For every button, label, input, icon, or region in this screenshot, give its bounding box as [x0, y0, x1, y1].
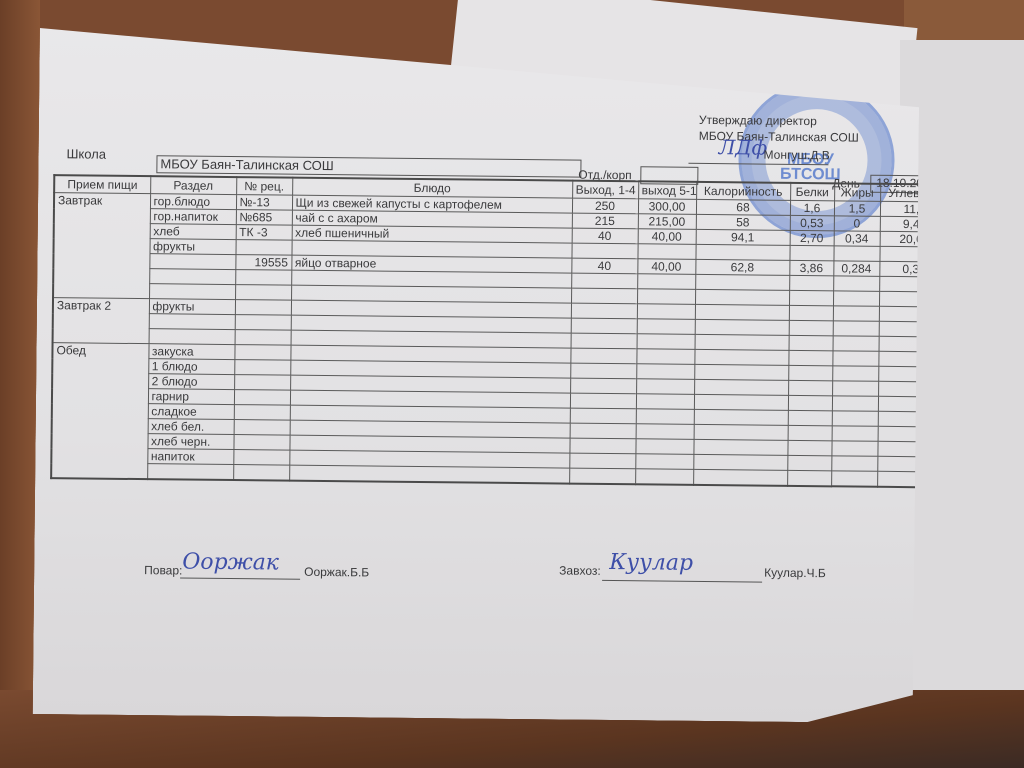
cell-protein[interactable]: [788, 380, 832, 395]
school-field[interactable]: МБОУ Баян-Талинская СОШ: [156, 155, 581, 177]
cell-section[interactable]: хлеб бел.: [148, 419, 234, 435]
cell-out511[interactable]: [637, 274, 695, 290]
cell-out511[interactable]: [636, 424, 694, 440]
cell-recipe[interactable]: [234, 375, 290, 391]
cell-section[interactable]: [149, 314, 235, 330]
cell-section[interactable]: фрукты: [149, 239, 235, 255]
col-fat: Жиры: [834, 183, 880, 201]
cell-recipe[interactable]: №-13: [236, 195, 292, 211]
cell-recipe[interactable]: [233, 465, 289, 481]
cell-section[interactable]: [149, 329, 235, 345]
cell-recipe[interactable]: [235, 300, 291, 316]
approval-line-1: Утверждаю директор: [699, 113, 817, 128]
cell-fat[interactable]: [833, 276, 879, 291]
cell-section[interactable]: 2 блюдо: [148, 374, 234, 390]
cell-kcal[interactable]: [694, 424, 788, 440]
cell-out14[interactable]: [570, 378, 636, 394]
cell-section[interactable]: [149, 284, 235, 300]
cell-fat[interactable]: [833, 336, 879, 351]
cell-fat[interactable]: [832, 411, 878, 426]
cell-protein[interactable]: [788, 425, 832, 440]
cell-section[interactable]: [149, 254, 235, 270]
cell-kcal[interactable]: [695, 304, 789, 320]
cell-fat[interactable]: [833, 291, 879, 306]
col-protein: Белки: [790, 183, 834, 201]
cell-section[interactable]: [149, 269, 235, 285]
cell-recipe[interactable]: [234, 345, 290, 361]
cell-out14[interactable]: [570, 408, 636, 424]
col-out-5-11: выход 5-11: [638, 181, 696, 199]
cell-protein[interactable]: [789, 335, 833, 350]
cell-recipe[interactable]: [235, 285, 291, 301]
cell-fat[interactable]: [832, 396, 878, 411]
meal-cell: Завтрак 2: [53, 298, 149, 344]
cell-out14[interactable]: [570, 423, 636, 439]
cell-out511[interactable]: [636, 409, 694, 425]
cell-kcal[interactable]: [694, 409, 788, 425]
cell-protein[interactable]: 0,53: [790, 215, 834, 230]
cell-fat[interactable]: [832, 381, 878, 396]
cell-out511[interactable]: 300,00: [638, 199, 696, 215]
cook-label: Повар:: [144, 563, 182, 577]
cell-out511[interactable]: [637, 319, 695, 335]
cell-recipe[interactable]: [235, 315, 291, 331]
cell-protein[interactable]: 1,6: [790, 200, 834, 215]
cell-recipe[interactable]: №685: [236, 210, 292, 226]
cell-out14[interactable]: [571, 288, 637, 304]
cell-recipe[interactable]: [234, 420, 290, 436]
cell-kcal[interactable]: 58: [696, 214, 790, 230]
cell-out511[interactable]: 40,00: [637, 259, 695, 275]
cell-kcal[interactable]: 94,1: [696, 229, 790, 245]
cell-kcal[interactable]: [695, 334, 789, 350]
cell-fat[interactable]: [833, 306, 879, 321]
cell-section[interactable]: [147, 464, 233, 480]
cell-section[interactable]: хлеб: [150, 224, 236, 240]
cell-recipe[interactable]: [234, 390, 290, 406]
cell-out511[interactable]: [635, 469, 693, 485]
col-recipe: № рец.: [236, 177, 292, 195]
cell-out511[interactable]: [637, 244, 695, 260]
cell-kcal[interactable]: 68: [696, 199, 790, 215]
cell-section[interactable]: фрукты: [149, 299, 235, 315]
cell-protein[interactable]: [789, 275, 833, 290]
cell-protein[interactable]: 3,86: [789, 260, 833, 275]
cell-recipe[interactable]: 19555: [235, 255, 291, 271]
cell-out511[interactable]: [635, 454, 693, 470]
cell-recipe[interactable]: [235, 330, 291, 346]
school-label: Школа: [66, 146, 106, 161]
cell-kcal[interactable]: [694, 364, 788, 380]
cell-fat[interactable]: [833, 246, 879, 261]
cell-protein[interactable]: [789, 245, 833, 260]
cell-protein[interactable]: [789, 290, 833, 305]
cell-kcal[interactable]: [693, 454, 787, 470]
keeper-name: Куулар.Ч.Б: [764, 566, 826, 581]
menu-table: Прием пищи Раздел № рец. Блюдо Выход, 1-…: [50, 174, 951, 488]
cook-signature-line: [180, 577, 300, 579]
keeper-signature: Куулар: [609, 550, 693, 576]
cell-section[interactable]: гарнир: [148, 389, 234, 405]
cell-out511[interactable]: [636, 364, 694, 380]
col-meal: Прием пищи: [54, 175, 150, 194]
cell-section[interactable]: хлеб черн.: [147, 434, 233, 450]
cell-fat[interactable]: 0,284: [833, 261, 879, 276]
cell-out14[interactable]: [571, 303, 637, 319]
cell-recipe[interactable]: [234, 360, 290, 376]
cell-protein[interactable]: [788, 350, 832, 365]
cell-recipe[interactable]: [234, 405, 290, 421]
director-signature: ЛДф: [719, 135, 768, 160]
cell-out14[interactable]: 40: [571, 258, 637, 274]
cook-name: Ооржак.Б.Б: [304, 565, 369, 580]
cell-out14[interactable]: [570, 363, 636, 379]
cell-kcal[interactable]: [693, 469, 787, 485]
cell-out14[interactable]: 40: [572, 228, 638, 244]
menu-document: МБОУ БТСОШ Утверждаю директор МБОУ Баян-…: [33, 14, 920, 723]
cell-fat[interactable]: 0: [834, 216, 880, 231]
cell-fat[interactable]: [831, 456, 877, 471]
cell-fat[interactable]: [832, 426, 878, 441]
cell-out511[interactable]: [636, 394, 694, 410]
cell-fat[interactable]: [831, 471, 877, 487]
cell-out14[interactable]: 250: [572, 198, 638, 214]
cell-recipe[interactable]: [233, 450, 289, 466]
cell-protein[interactable]: [787, 470, 831, 486]
cell-fat[interactable]: [833, 321, 879, 336]
cell-out511[interactable]: [637, 334, 695, 350]
cell-recipe[interactable]: [235, 270, 291, 286]
cell-protein[interactable]: [789, 320, 833, 335]
cell-dish[interactable]: [289, 465, 569, 483]
cell-protein[interactable]: [788, 395, 832, 410]
cell-out14[interactable]: [569, 438, 635, 454]
cell-out511[interactable]: [636, 379, 694, 395]
cell-fat[interactable]: 1,5: [834, 201, 880, 216]
cell-out14[interactable]: [571, 273, 637, 289]
cell-fat[interactable]: 0,34: [834, 231, 880, 246]
cell-kcal[interactable]: 62,8: [695, 259, 789, 275]
cell-section[interactable]: закуска: [148, 344, 234, 360]
cell-kcal[interactable]: [694, 349, 788, 365]
cell-out14[interactable]: [571, 243, 637, 259]
cook-signature: Ооржак: [182, 550, 279, 576]
cell-out14[interactable]: 215: [572, 213, 638, 229]
cell-fat[interactable]: [832, 351, 878, 366]
cell-protein[interactable]: [787, 440, 831, 455]
cell-kcal[interactable]: [695, 274, 789, 290]
cell-recipe[interactable]: ТК -3: [236, 225, 292, 241]
col-out-1-4: Выход, 1-4: [572, 181, 638, 199]
cell-fat[interactable]: [831, 441, 877, 456]
cell-out14[interactable]: [570, 348, 636, 364]
cell-out511[interactable]: 215,00: [638, 214, 696, 230]
cell-section[interactable]: напиток: [147, 449, 233, 465]
keeper-signature-line: [602, 580, 762, 583]
cell-out511[interactable]: [636, 349, 694, 365]
cell-out511[interactable]: 40,00: [638, 229, 696, 245]
cell-kcal[interactable]: [694, 379, 788, 395]
director-name: Монгуш.Д.В: [763, 148, 829, 163]
cell-recipe[interactable]: [233, 435, 289, 451]
cell-kcal[interactable]: [693, 439, 787, 455]
cell-section[interactable]: сладкое: [148, 404, 234, 420]
cell-out511[interactable]: [637, 289, 695, 305]
meal-cell: Завтрак: [53, 193, 150, 299]
cell-protein[interactable]: 2,70: [790, 230, 834, 245]
cell-kcal[interactable]: [695, 289, 789, 305]
cell-protein[interactable]: [787, 455, 831, 470]
keeper-label: Завхоз:: [559, 563, 601, 577]
col-section: Раздел: [150, 176, 236, 194]
cell-section[interactable]: гор.напиток: [150, 209, 236, 225]
cell-protein[interactable]: [788, 410, 832, 425]
cell-out14[interactable]: [569, 453, 635, 469]
cell-section[interactable]: 1 блюдо: [148, 359, 234, 375]
cell-recipe[interactable]: [235, 240, 291, 256]
cell-out14[interactable]: [571, 318, 637, 334]
cell-out511[interactable]: [637, 304, 695, 320]
col-kcal: Калорийность: [696, 182, 790, 200]
cell-kcal[interactable]: [695, 319, 789, 335]
cell-out14[interactable]: [570, 393, 636, 409]
cell-kcal[interactable]: [694, 394, 788, 410]
cell-protein[interactable]: [788, 365, 832, 380]
cell-fat[interactable]: [832, 366, 878, 381]
cell-protein[interactable]: [789, 305, 833, 320]
cell-out14[interactable]: [571, 333, 637, 349]
cell-out14[interactable]: [569, 468, 635, 484]
cell-kcal[interactable]: [695, 244, 789, 260]
cell-out511[interactable]: [635, 439, 693, 455]
meal-cell: Обед: [51, 343, 148, 479]
cell-section[interactable]: гор.блюдо: [150, 194, 236, 210]
